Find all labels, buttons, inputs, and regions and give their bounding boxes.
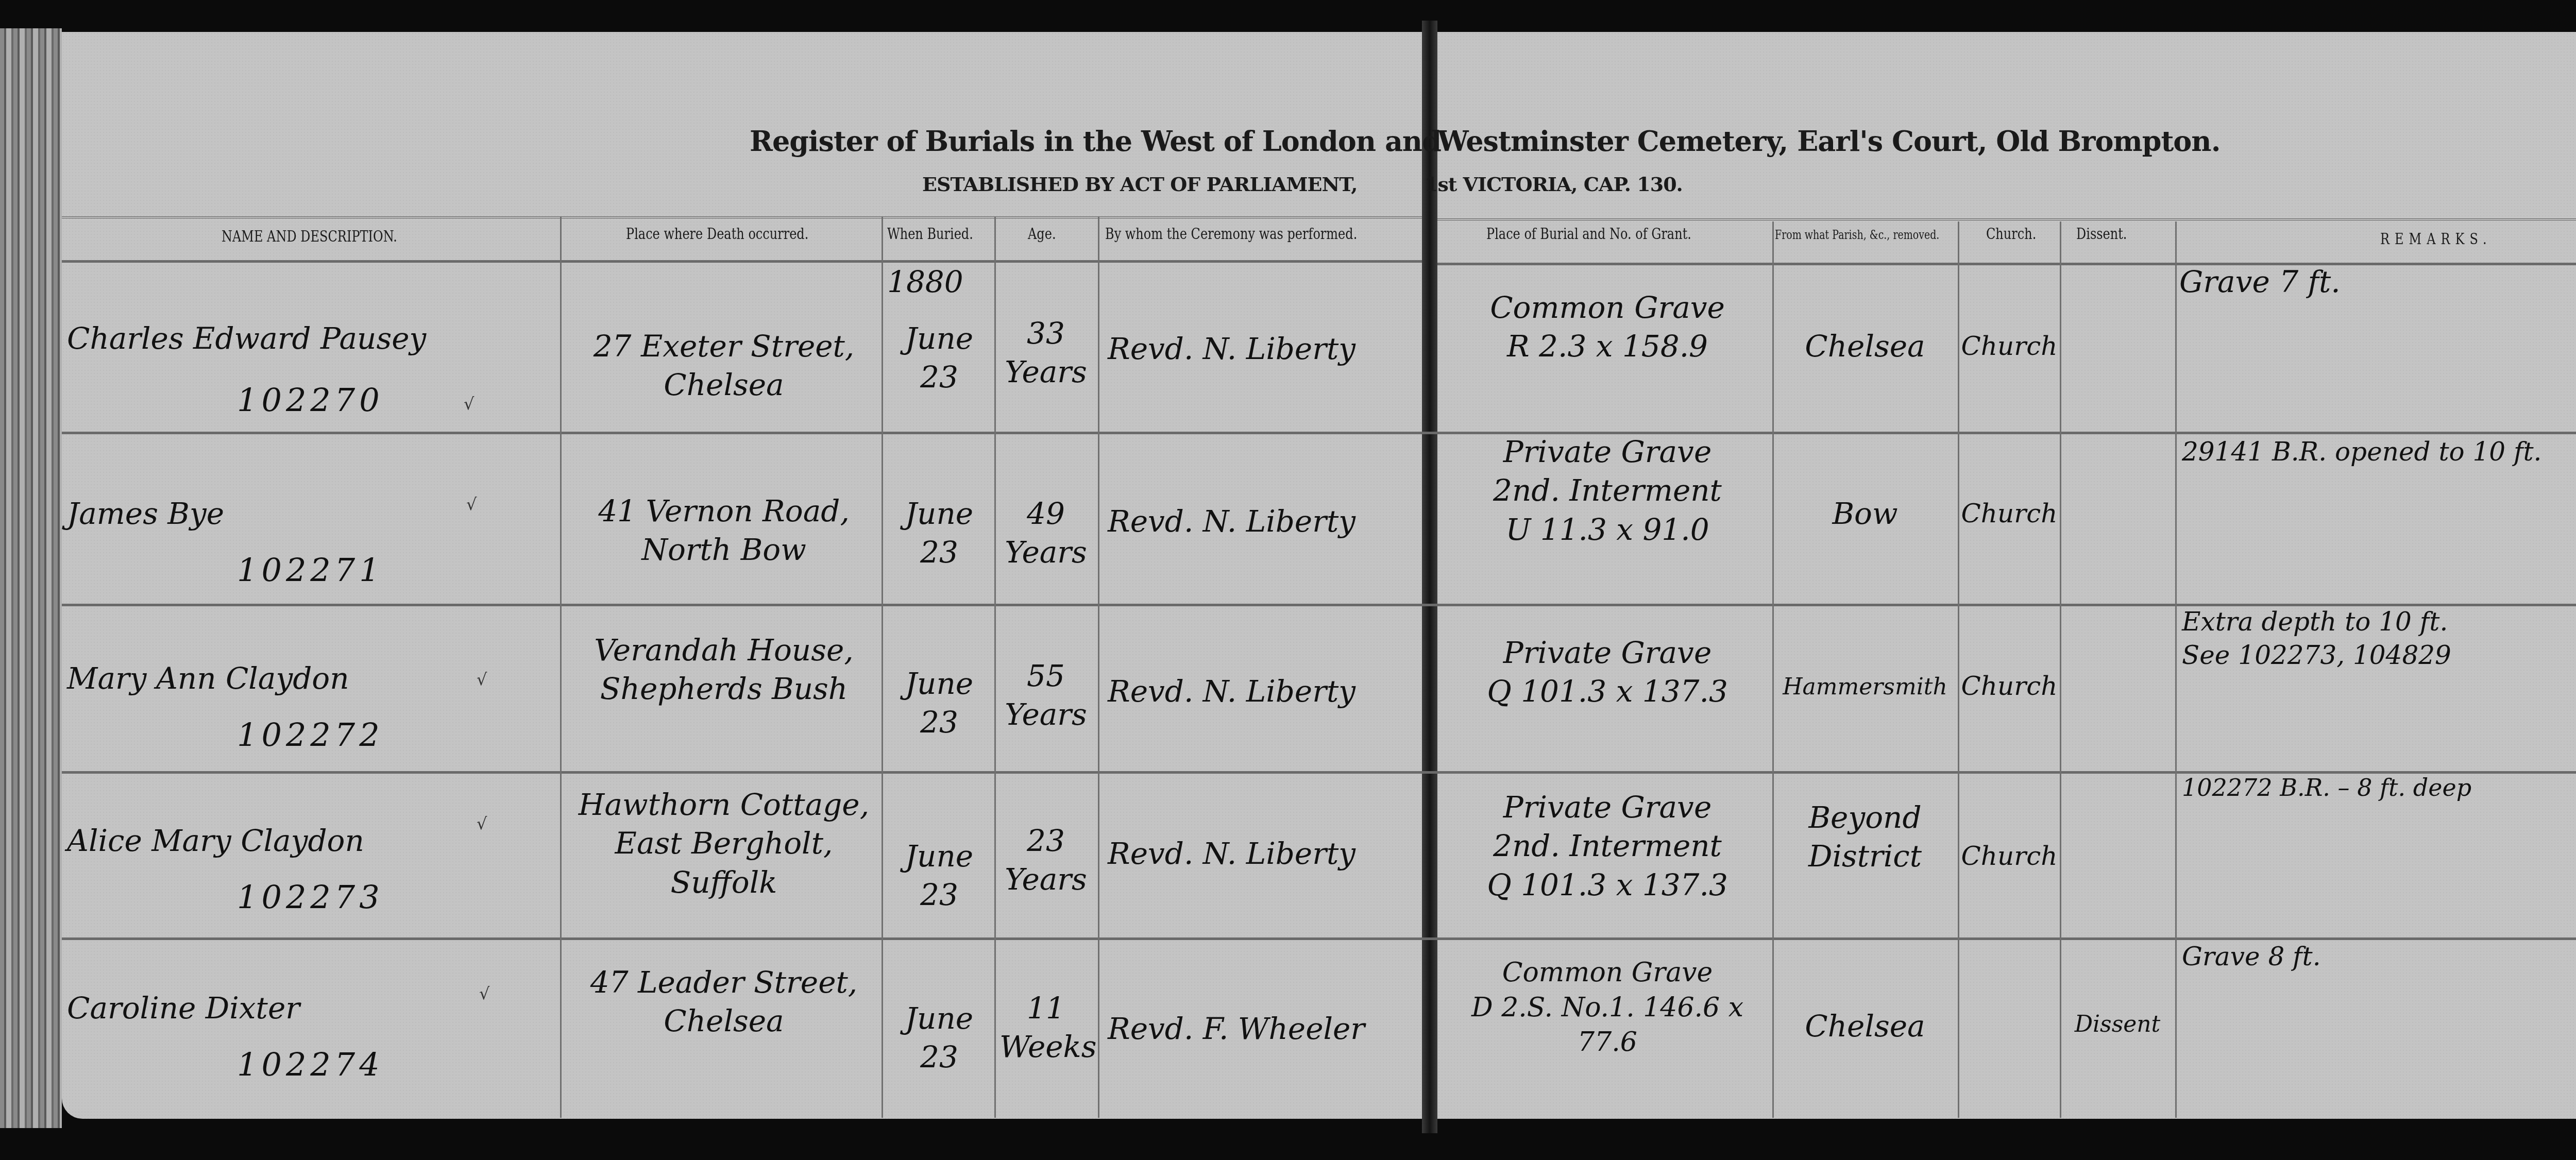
entry-age: 23 Years bbox=[999, 822, 1092, 899]
header-place-of-death: Place where Death occurred. bbox=[626, 225, 808, 243]
entry-place-of-death: 27 Exeter Street, Chelsea bbox=[572, 327, 876, 405]
entry-dissent: Dissent bbox=[2061, 1010, 2174, 1039]
header-dissent: Dissent. bbox=[2076, 225, 2127, 243]
entry-church: Church bbox=[1958, 497, 2061, 531]
entry-church: Church bbox=[1958, 330, 2061, 363]
entry-parish: Beyond District bbox=[1775, 798, 1955, 876]
header-church: Church. bbox=[1986, 225, 2036, 243]
check-mark: √ bbox=[477, 670, 487, 689]
header-remarks: REMARKS. bbox=[2380, 230, 2492, 248]
check-mark: √ bbox=[479, 984, 489, 1003]
entry-remarks: Grave 7 ft. bbox=[2179, 263, 2341, 301]
header-name: NAME AND DESCRIPTION. bbox=[222, 228, 397, 246]
entry-parish: Bow bbox=[1775, 494, 1955, 533]
entry-remarks: Extra depth to 10 ft. See 102273, 104829 bbox=[2182, 605, 2451, 672]
entry-when-buried: June 23 bbox=[890, 319, 988, 397]
entry-church: Church bbox=[1958, 840, 2061, 873]
entry-place-of-death: Verandah House, Shepherds Bush bbox=[572, 631, 876, 709]
entry-place-of-burial: Private Grave 2nd. Interment Q 101.3 x 1… bbox=[1463, 788, 1752, 905]
header-ceremony: By whom the Ceremony was performed. bbox=[1105, 225, 1357, 243]
col-divider bbox=[2175, 221, 2177, 1118]
entry-name: Caroline Dixter bbox=[67, 989, 300, 1028]
header-parish: From what Parish, &c., removed. bbox=[1775, 228, 1939, 242]
entry-name: Charles Edward Pausey bbox=[67, 319, 426, 358]
entry-place-of-burial: Private Grave 2nd. Interment U 11.3 x 91… bbox=[1463, 433, 1752, 549]
entry-number: 102274 bbox=[237, 1046, 384, 1083]
entry-parish: Chelsea bbox=[1775, 1007, 1955, 1046]
header-top-rule-right bbox=[1437, 218, 2576, 224]
entry-place-of-burial: Private Grave Q 101.3 x 137.3 bbox=[1463, 634, 1752, 711]
entry-name: James Bye bbox=[67, 494, 224, 533]
entry-remarks: 102272 B.R. – 8 ft. deep bbox=[2182, 773, 2471, 804]
entry-place-of-burial: Common Grave R 2.3 x 158.9 bbox=[1463, 288, 1752, 366]
header-when-buried: When Buried. bbox=[887, 225, 973, 243]
entry-age: 49 Years bbox=[999, 494, 1092, 572]
entry-ceremony-by: Revd. N. Liberty bbox=[1108, 672, 1355, 711]
entry-number: 102270 bbox=[237, 381, 384, 419]
entry-parish: Hammersmith bbox=[1772, 672, 1958, 702]
row-divider-1 bbox=[62, 432, 2576, 434]
check-mark: √ bbox=[466, 494, 477, 514]
entry-name: Alice Mary Claydon bbox=[67, 822, 364, 860]
entry-place-of-death: 47 Leader Street, Chelsea bbox=[572, 963, 876, 1041]
entry-ceremony-by: Revd. N. Liberty bbox=[1108, 330, 1355, 368]
entry-ceremony-by: Revd. N. Liberty bbox=[1108, 502, 1355, 541]
entry-age: 11 Weeks bbox=[999, 989, 1092, 1067]
entry-age: 55 Years bbox=[999, 657, 1092, 735]
header-bottom-rule bbox=[62, 260, 1422, 263]
register-title-left: Register of Burials in the West of Londo… bbox=[750, 125, 1441, 158]
col-divider bbox=[560, 216, 562, 1118]
check-mark: √ bbox=[477, 814, 487, 833]
header-place-of-burial: Place of Burial and No. of Grant. bbox=[1486, 225, 1691, 243]
entry-name: Mary Ann Claydon bbox=[67, 659, 349, 698]
header-top-rule bbox=[62, 216, 1422, 221]
col-divider bbox=[1098, 216, 1099, 1118]
entry-place-of-burial: Common Grave D 2.S. No.1. 146.6 x 77.6 bbox=[1453, 956, 1762, 1060]
entry-ceremony-by: Revd. N. Liberty bbox=[1108, 834, 1355, 873]
entry-number: 102271 bbox=[237, 551, 384, 589]
header-age: Age. bbox=[1028, 225, 1056, 243]
entry-number: 102272 bbox=[237, 716, 384, 754]
col-divider bbox=[994, 216, 996, 1118]
entry-place-of-death: 41 Vernon Road, North Bow bbox=[572, 492, 876, 570]
entry-when-buried: June 23 bbox=[890, 837, 988, 915]
entry-age: 33 Years bbox=[999, 314, 1092, 392]
entry-remarks: 29141 B.R. opened to 10 ft. bbox=[2182, 435, 2542, 469]
book-edge-left bbox=[0, 28, 62, 1128]
entry-ceremony-by: Revd. F. Wheeler bbox=[1108, 1010, 1365, 1048]
entry-when-buried: June 23 bbox=[890, 999, 988, 1077]
col-divider bbox=[1772, 221, 1774, 1118]
register-subtitle-left: ESTABLISHED BY ACT OF PARLIAMENT, bbox=[922, 173, 1358, 196]
register-subtitle-right: 1st VICTORIA, CAP. 130. bbox=[1425, 173, 1683, 196]
entry-church: Church bbox=[1958, 670, 2061, 703]
entry-when-buried: June 23 bbox=[890, 664, 988, 742]
col-divider bbox=[882, 216, 883, 1118]
entry-number: 102273 bbox=[237, 878, 384, 916]
header-bottom-rule-right bbox=[1437, 263, 2576, 265]
register-title-right: Westminster Cemetery, Earl's Court, Old … bbox=[1437, 125, 2220, 158]
year: 1880 bbox=[887, 263, 963, 301]
entry-when-buried: June 23 bbox=[890, 494, 988, 572]
entry-remarks: Grave 8 ft. bbox=[2182, 940, 2321, 974]
check-mark: √ bbox=[464, 394, 474, 414]
entry-place-of-death: Hawthorn Cottage, East Bergholt, Suffolk bbox=[572, 786, 876, 902]
entry-parish: Chelsea bbox=[1775, 327, 1955, 366]
